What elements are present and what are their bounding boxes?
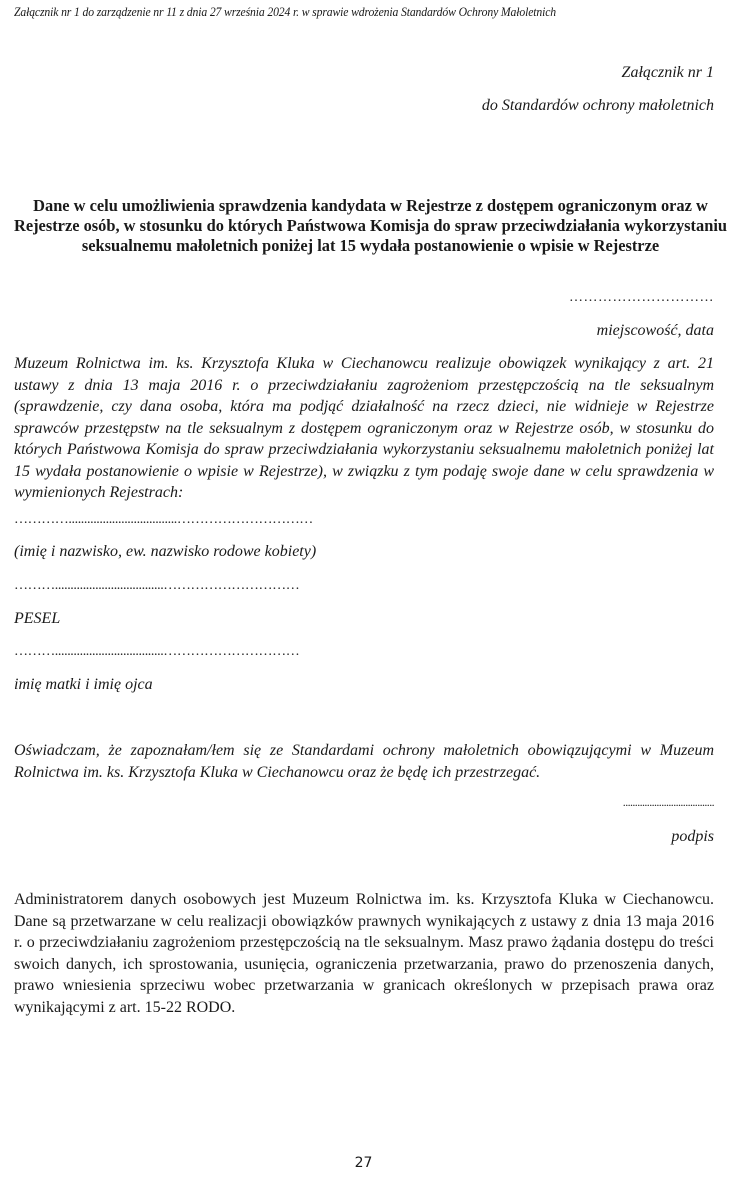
pesel-label: PESEL <box>14 610 60 628</box>
page-header-note: Załącznik nr 1 do zarządzenie nr 11 z dn… <box>14 5 556 20</box>
page-number: 27 <box>0 1155 727 1171</box>
parents-names-label: imię matki i imię ojca <box>14 676 153 694</box>
gdpr-notice-paragraph: Administratorem danych osobowych jest Mu… <box>14 889 714 1018</box>
intro-paragraph: Muzeum Rolnictwa im. ks. Krzysztofa Kluk… <box>14 353 714 504</box>
annex-subtitle: do Standardów ochrony małoletnich <box>482 97 714 115</box>
signature-label: podpis <box>671 828 714 846</box>
place-date-fill-line[interactable]: ………………………… <box>569 290 714 306</box>
document-title: Dane w celu umożliwienia sprawdzenia kan… <box>12 196 729 256</box>
annex-number: Załącznik nr 1 <box>622 64 714 82</box>
parents-names-fill-line[interactable]: ………...................................……… <box>14 644 299 660</box>
place-date-label: miejscowość, data <box>597 322 714 340</box>
full-name-fill-line[interactable]: …………...................................…… <box>14 512 313 528</box>
full-name-label: (imię i nazwisko, ew. nazwisko rodowe ko… <box>14 543 316 561</box>
signature-fill-line[interactable]: ...................................... <box>623 795 714 810</box>
pesel-fill-line[interactable]: ………...................................……… <box>14 578 299 594</box>
declaration-paragraph: Oświadczam, że zapoznałam/łem się ze Sta… <box>14 740 714 783</box>
